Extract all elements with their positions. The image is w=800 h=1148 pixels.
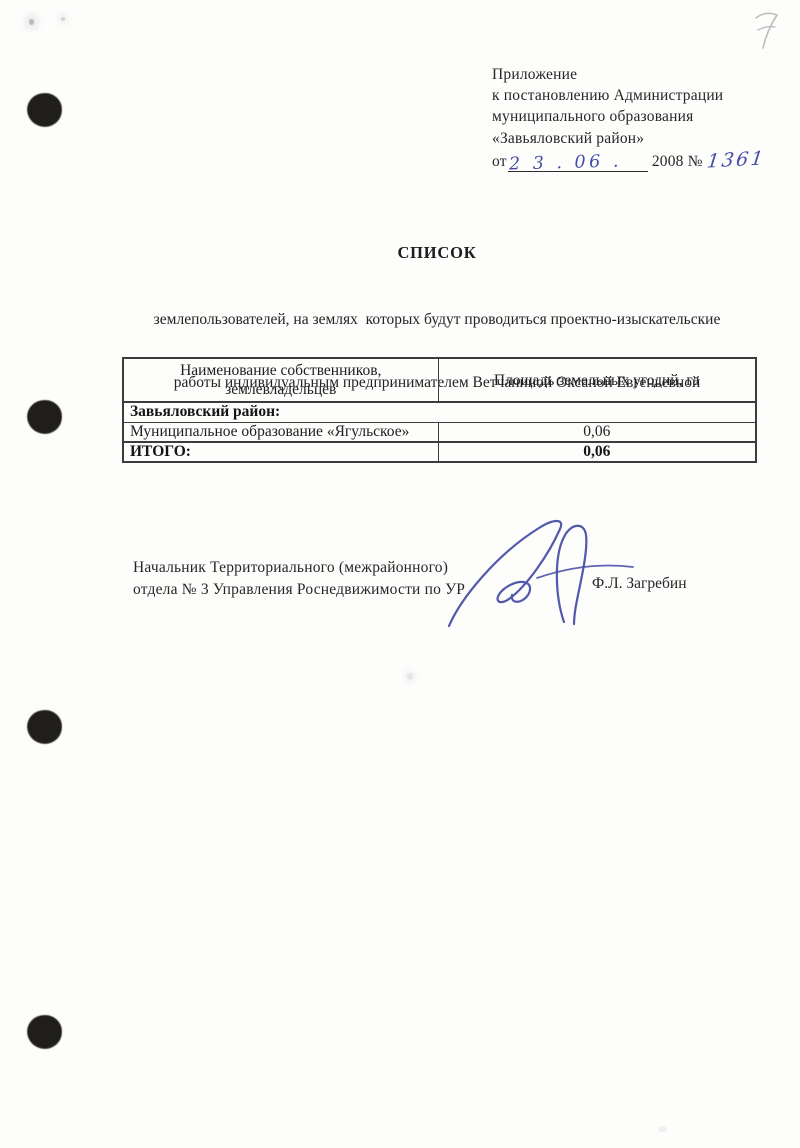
table-row-municipality: Муниципальное образование «Ягульское» 0,… bbox=[123, 422, 756, 442]
handwritten-document-number: 1361 bbox=[705, 148, 766, 172]
handwritten-date: 2 3 . 06 . bbox=[508, 151, 621, 175]
appendix-line: «Завьяловский район» bbox=[492, 128, 792, 149]
signatory-name: Ф.Л. Загребин bbox=[592, 575, 687, 593]
handwritten-page-number bbox=[750, 8, 784, 54]
hole-punch-mark bbox=[28, 94, 61, 126]
hole-punch-mark bbox=[28, 711, 61, 743]
column-header-owners-line1: Наименование собственников, bbox=[180, 362, 381, 379]
total-label-cell: ИТОГО: bbox=[123, 442, 438, 462]
scan-speck bbox=[29, 19, 34, 25]
signatory-title-line: Начальник Территориального (межрайонного… bbox=[133, 557, 465, 579]
district-name-cell: Завьяловский район: bbox=[123, 402, 756, 422]
table-row-district: Завьяловский район: bbox=[123, 402, 756, 422]
date-number-line: от2 3 . 06 . 2008 №1361 bbox=[492, 150, 792, 172]
year-label: 2008 bbox=[652, 153, 684, 170]
pencil-seven-drawing bbox=[750, 8, 784, 54]
appendix-line: к постановлению Администрации bbox=[492, 85, 792, 106]
appendix-line: муниципального образования bbox=[492, 106, 792, 127]
appendix-header: Приложение к постановлению Администрации… bbox=[492, 64, 792, 172]
municipality-area-cell: 0,06 bbox=[438, 422, 756, 442]
column-header-area: Площадь земельных угодий, га bbox=[438, 358, 756, 402]
scan-speck bbox=[61, 17, 65, 21]
document-title: СПИСОК bbox=[57, 243, 800, 263]
total-area-cell: 0,06 bbox=[438, 442, 756, 462]
land-owners-table: Наименование собственников, землевладель… bbox=[122, 357, 757, 463]
signatory-title: Начальник Территориального (межрайонного… bbox=[133, 557, 465, 600]
table-header-row: Наименование собственников, землевладель… bbox=[123, 358, 756, 402]
municipality-name-cell: Муниципальное образование «Ягульское» bbox=[123, 422, 438, 442]
signatory-title-line: отдела № 3 Управления Роснедвижимости по… bbox=[133, 579, 465, 601]
subtitle-line: землепользователей, на землях которых бу… bbox=[57, 309, 800, 330]
column-header-owners: Наименование собственников, землевладель… bbox=[123, 358, 438, 402]
date-blank-underline: 2 3 . 06 . bbox=[508, 152, 648, 172]
number-sign: № bbox=[688, 153, 703, 170]
date-prefix: от bbox=[492, 153, 507, 170]
scanned-document-page: Приложение к постановлению Администрации… bbox=[0, 0, 800, 1148]
scan-speck bbox=[407, 673, 413, 680]
table-row-total: ИТОГО: 0,06 bbox=[123, 442, 756, 462]
hole-punch-mark bbox=[28, 1016, 61, 1048]
column-header-owners-line2: землевладельцев bbox=[225, 381, 336, 398]
appendix-line: Приложение bbox=[492, 64, 792, 85]
scan-speck bbox=[658, 1126, 667, 1132]
